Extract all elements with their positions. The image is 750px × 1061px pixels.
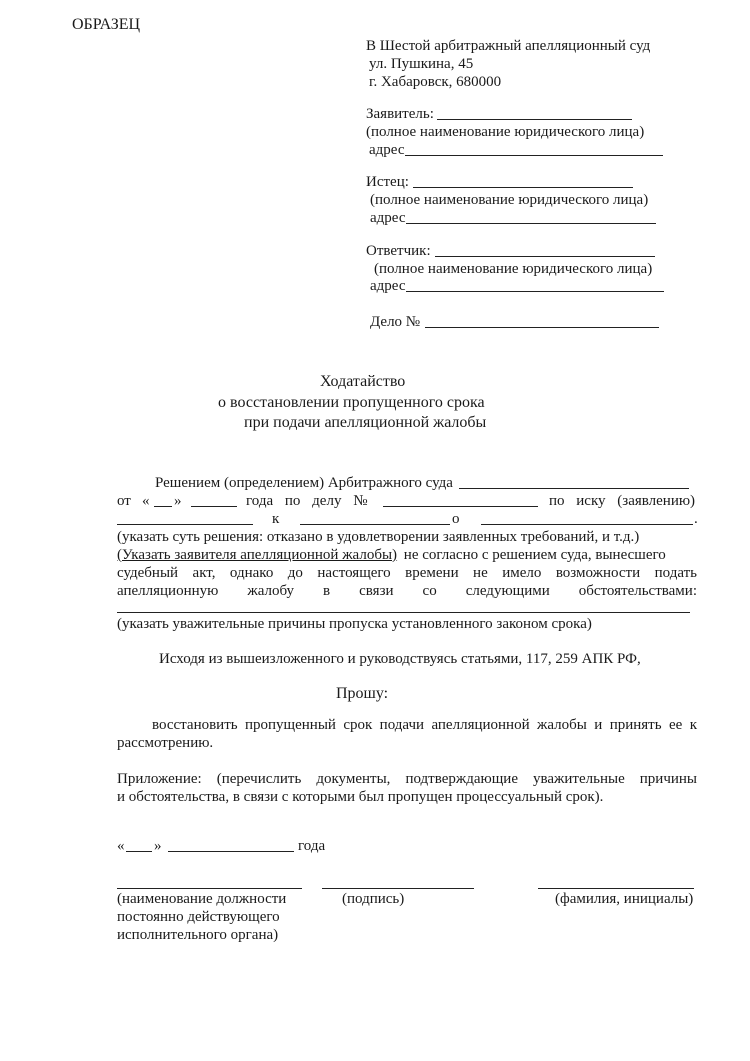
applicant-placeholder: (Указать заявителя апелляционной жалобы) xyxy=(117,547,397,563)
day-quote-open: « xyxy=(142,492,150,510)
subject-label: о xyxy=(452,510,460,528)
reason-line-3: апелляционную жалобу в связи со следующи… xyxy=(117,582,697,600)
attachment-line-1: Приложение: (перечислить документы, подт… xyxy=(117,770,697,788)
subject-field[interactable] xyxy=(481,524,693,525)
court-city: г. Хабаровск, 680000 xyxy=(369,73,501,91)
position-field[interactable] xyxy=(117,888,302,889)
decision-intro: Решением (определением) Арбитражного суд… xyxy=(155,474,453,492)
claimant-field[interactable] xyxy=(117,524,253,525)
signature-field[interactable] xyxy=(322,888,474,889)
signature-hint: (подпись) xyxy=(342,890,404,908)
decision-from: от xyxy=(117,492,131,510)
applicant-reference: (Указать заявителя апелляционной жалобы)… xyxy=(117,546,666,564)
defendant-address-field[interactable] xyxy=(406,291,664,292)
date-quote-close: » xyxy=(154,837,162,855)
defendant-label: Ответчик: xyxy=(366,242,431,260)
decision-day-field[interactable] xyxy=(154,506,172,507)
disagreement-text: не согласно с решением суда, вынесшего xyxy=(404,547,666,563)
legal-basis: Исходя из вышеизложенного и руководствуя… xyxy=(159,650,641,668)
name-hint: (фамилия, инициалы) xyxy=(555,890,693,908)
claim-label: по иску (заявлению) xyxy=(549,492,695,510)
position-hint-2: постоянно действующего xyxy=(117,908,280,926)
position-hint-3: исполнительного органа) xyxy=(117,926,278,944)
defendant-address-label: адрес xyxy=(370,277,405,295)
title-line-1: Ходатайство xyxy=(320,373,405,391)
court-name-field[interactable] xyxy=(459,488,689,489)
period: . xyxy=(694,510,698,528)
applicant-address-field[interactable] xyxy=(405,155,663,156)
attachment-line-2: и обстоятельства, в связи с которыми был… xyxy=(117,788,603,806)
year-case-label: года по делу № xyxy=(246,492,368,510)
decision-month-field[interactable] xyxy=(191,506,237,507)
date-day-field[interactable] xyxy=(126,851,152,852)
applicant-hint: (полное наименование юридического лица) xyxy=(366,123,644,141)
decision-hint: (указать суть решения: отказано в удовле… xyxy=(117,528,639,546)
title-line-2: о восстановлении пропущенного срока xyxy=(218,394,485,412)
day-quote-close: » xyxy=(174,492,182,510)
applicant-name-field[interactable] xyxy=(437,119,632,120)
sample-watermark: ОБРАЗЕЦ xyxy=(72,16,140,34)
plaintiff-address-label: адрес xyxy=(370,209,405,227)
court-street: ул. Пушкина, 45 xyxy=(369,55,473,73)
defendant-name-field[interactable] xyxy=(435,256,655,257)
title-line-3: при подачи апелляционной жалобы xyxy=(244,414,486,432)
against-label: к xyxy=(272,510,279,528)
position-hint-1: (наименование должности xyxy=(117,890,286,908)
plaintiff-name-field[interactable] xyxy=(413,187,633,188)
plaintiff-label: Истец: xyxy=(366,173,409,191)
case-number-label: Дело № xyxy=(370,313,420,331)
defendant-hint: (полное наименование юридического лица) xyxy=(374,260,652,278)
reasons-hint: (указать уважительные причины пропуска у… xyxy=(117,615,592,633)
applicant-label: Заявитель: xyxy=(366,105,434,123)
applicant-address-label: адрес xyxy=(369,141,404,159)
plaintiff-hint: (полное наименование юридического лица) xyxy=(370,191,648,209)
reasons-field[interactable] xyxy=(117,612,690,613)
decision-case-field[interactable] xyxy=(383,506,538,507)
date-quote-open: « xyxy=(117,837,125,855)
case-number-field[interactable] xyxy=(425,327,659,328)
request-line-2: рассмотрению. xyxy=(117,734,213,752)
full-name-field[interactable] xyxy=(538,888,694,889)
date-year-label: года xyxy=(298,837,325,855)
request-line-1: восстановить пропущенный срок подачи апе… xyxy=(152,716,697,734)
date-month-field[interactable] xyxy=(168,851,294,852)
plaintiff-address-field[interactable] xyxy=(406,223,656,224)
respondent-field[interactable] xyxy=(300,524,450,525)
reason-line-2: судебный акт, однако до настоящего време… xyxy=(117,564,697,582)
court-name: В Шестой арбитражный апелляционный суд xyxy=(366,37,650,55)
request-heading: Прошу: xyxy=(336,685,388,703)
